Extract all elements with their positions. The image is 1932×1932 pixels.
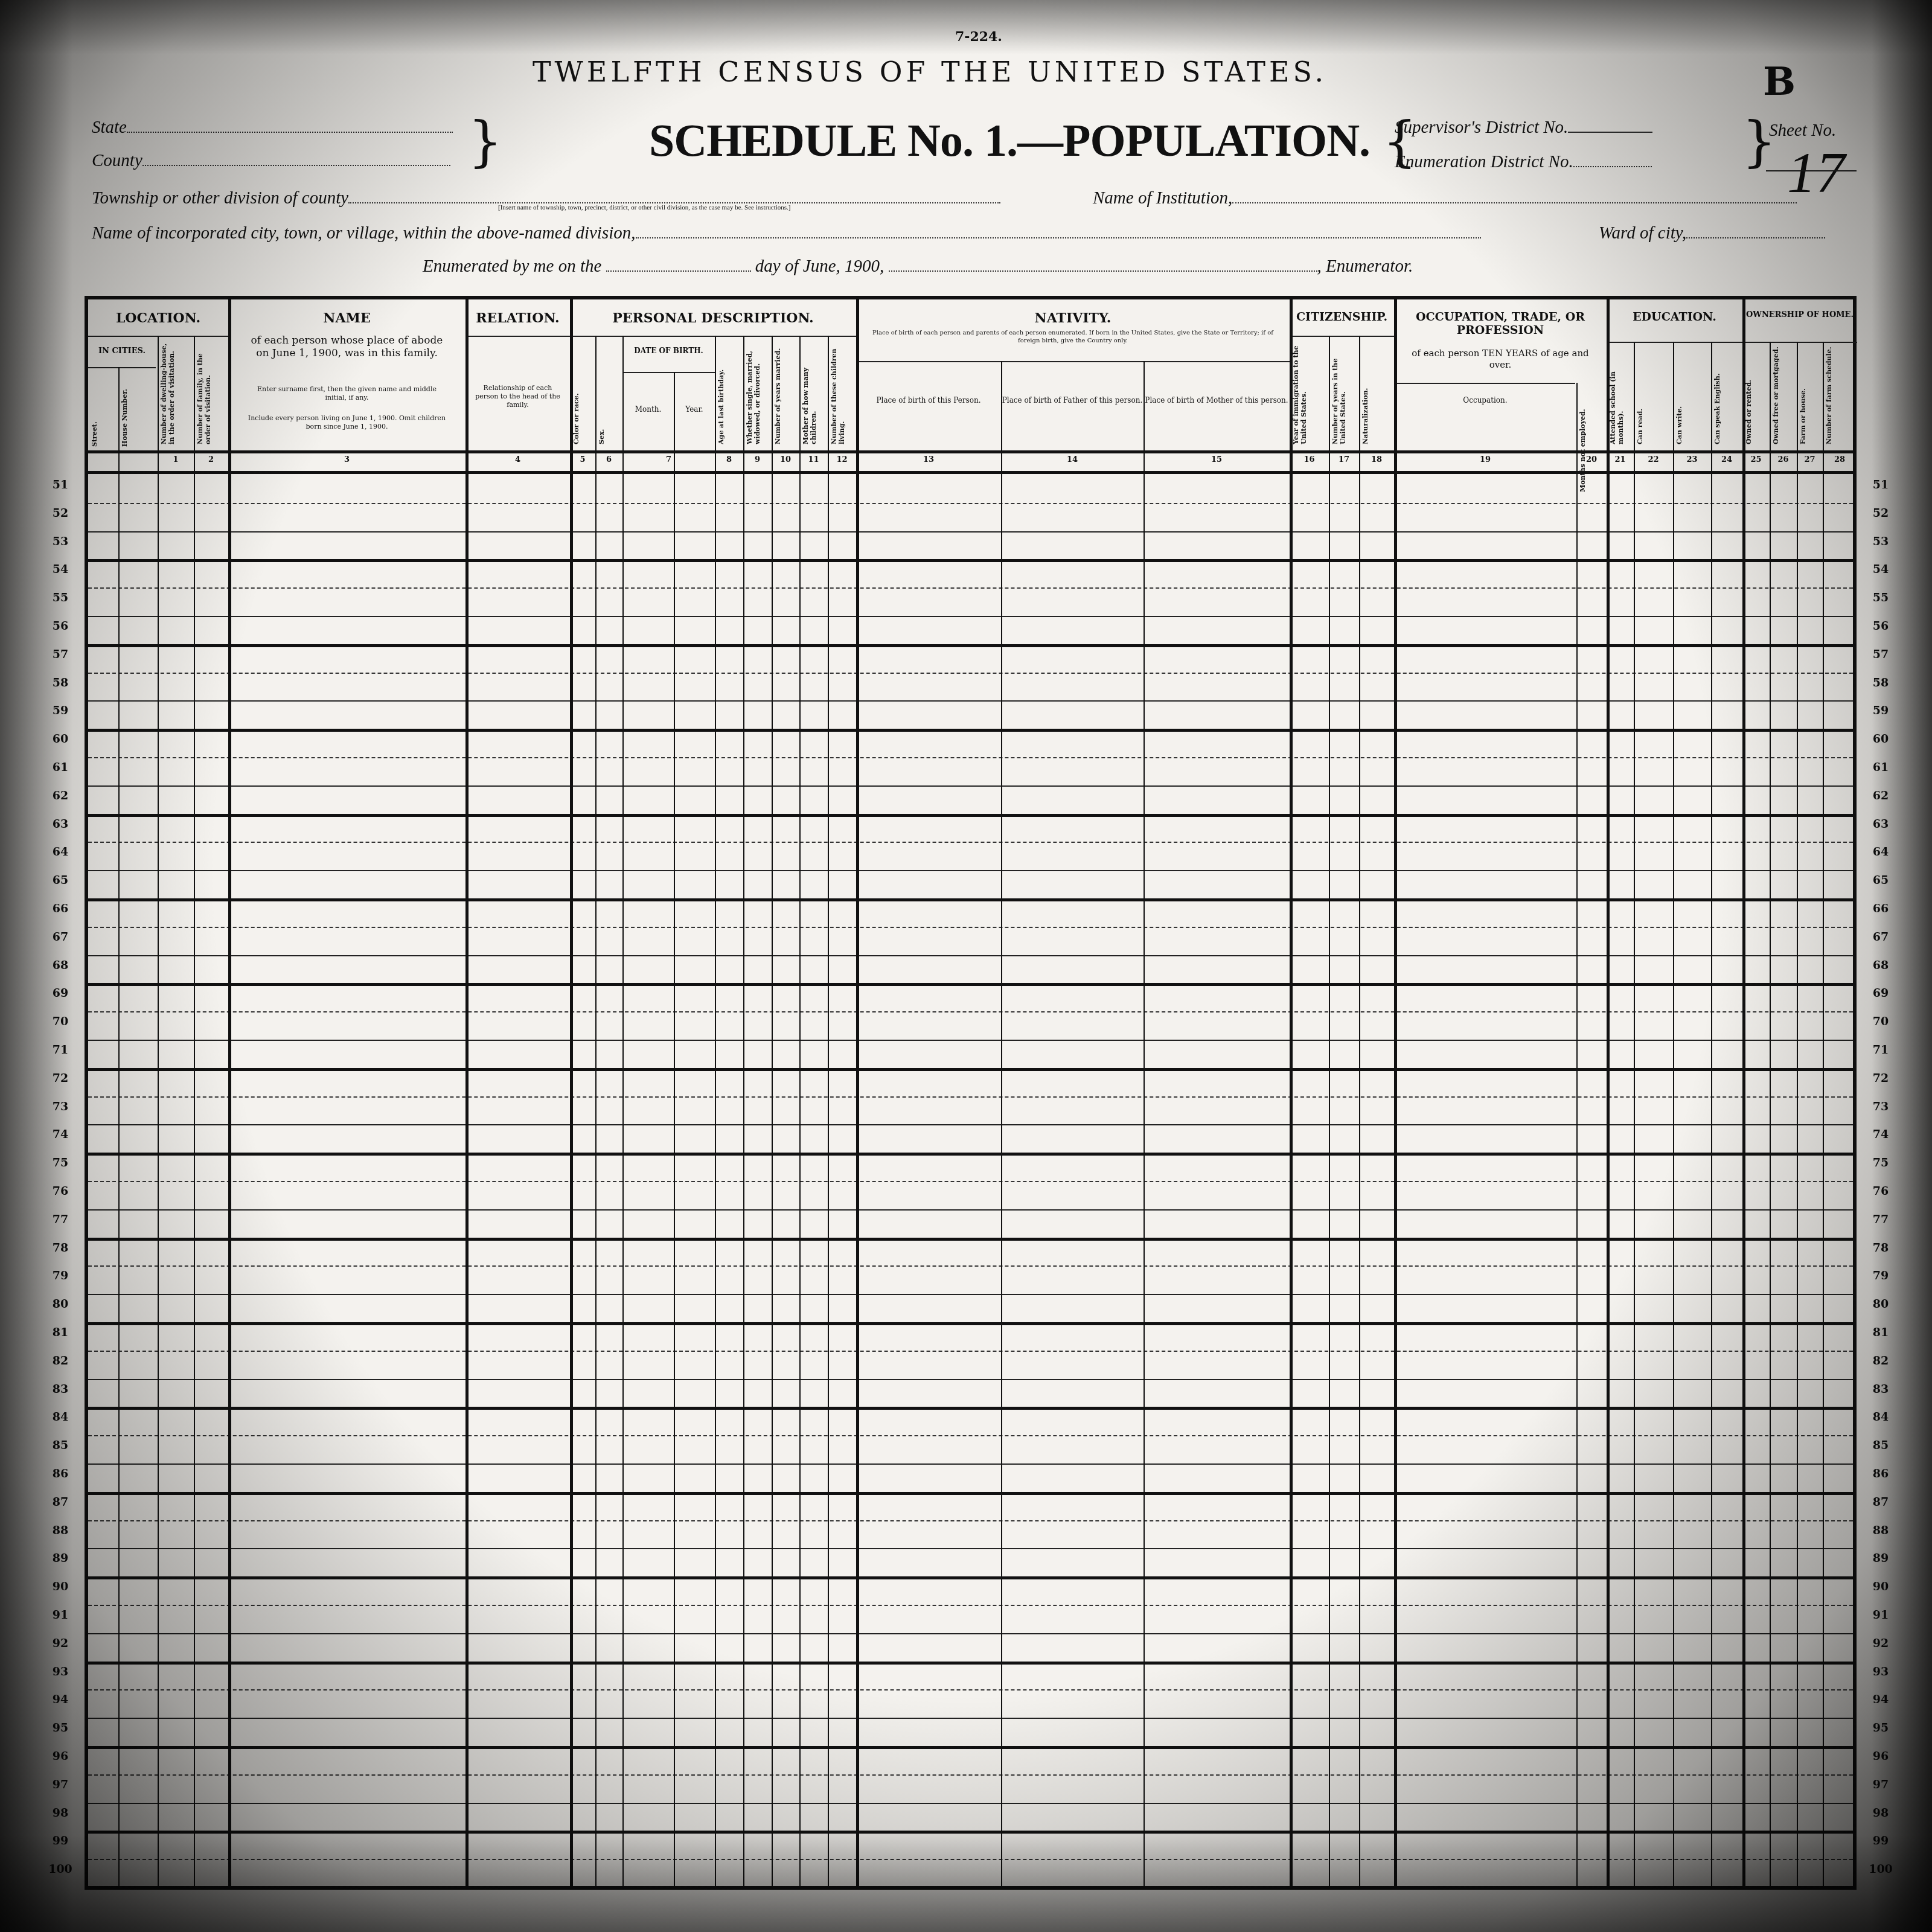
row-number-right: 69: [1863, 987, 1899, 1000]
row-number-right: 80: [1863, 1297, 1899, 1311]
schedule-letter: B: [1763, 59, 1796, 104]
row-number-right: 59: [1863, 704, 1899, 717]
row-number-left: 66: [42, 902, 78, 915]
column-header-28: Number of farm schedule.: [1825, 345, 1854, 444]
group-education: EDUCATION.: [1607, 310, 1742, 324]
column-number: 4: [465, 455, 570, 464]
column-number: 6: [595, 455, 622, 464]
census-heading: TWELFTH CENSUS OF THE UNITED STATES.: [0, 56, 1932, 88]
row-number-left: 55: [42, 591, 78, 604]
row-number-left: 86: [42, 1467, 78, 1480]
row-number-right: 86: [1863, 1467, 1899, 1480]
table-row[interactable]: [88, 616, 1853, 644]
column-number: 18: [1359, 455, 1394, 464]
column-header-12: Number of these children living.: [830, 339, 854, 444]
row-number-right: 78: [1863, 1241, 1899, 1255]
table-row[interactable]: [88, 785, 1853, 814]
form-number: 7-224.: [955, 29, 1002, 45]
row-number-left: 81: [42, 1326, 78, 1339]
row-number-right: 65: [1863, 874, 1899, 887]
row-number-left: 96: [42, 1750, 78, 1763]
row-number-left: 95: [42, 1721, 78, 1735]
column-divider: [1290, 299, 1293, 1886]
table-row[interactable]: [88, 1124, 1853, 1153]
name-instruction-2: Include every person living on June 1, 1…: [246, 414, 447, 431]
supervisors-district-field[interactable]: Supervisor's District No.: [1395, 118, 1652, 138]
row-number-right: 92: [1863, 1637, 1899, 1650]
row-number-right: 100: [1863, 1863, 1899, 1876]
enumerator-name-input[interactable]: [889, 270, 1317, 272]
column-divider: [715, 336, 716, 1886]
column-divider: [1797, 342, 1798, 1886]
row-number-right: 63: [1863, 817, 1899, 831]
row-number-right: 53: [1863, 535, 1899, 548]
column-header-24: Can speak English.: [1713, 345, 1740, 444]
city-label: Name of incorporated city, town, or vill…: [92, 223, 636, 243]
column-divider: [1823, 342, 1824, 1886]
column-divider: [1329, 336, 1330, 1886]
column-divider: [828, 336, 829, 1886]
row-number-right: 75: [1863, 1156, 1899, 1169]
column-number: 7: [622, 455, 715, 464]
row-number-right: 89: [1863, 1552, 1899, 1565]
column-header-25: Owned or rented.: [1745, 345, 1767, 444]
table-row[interactable]: [88, 898, 1853, 927]
name-description: of each person whose place of abode on J…: [246, 334, 447, 360]
column-divider: [1576, 383, 1578, 1886]
table-row[interactable]: [88, 729, 1853, 757]
column-number: 14: [1001, 455, 1144, 464]
state-label: State: [92, 118, 127, 137]
row-number-right: 68: [1863, 959, 1899, 972]
table-row[interactable]: [88, 673, 1853, 701]
row-number-right: 81: [1863, 1326, 1899, 1339]
table-row[interactable]: [88, 1407, 1853, 1435]
column-divider: [570, 299, 573, 1886]
column-divider: [1359, 336, 1360, 1886]
table-row[interactable]: [88, 1351, 1853, 1379]
row-number-right: 70: [1863, 1015, 1899, 1028]
row-number-right: 90: [1863, 1580, 1899, 1593]
row-number-left: 69: [42, 987, 78, 1000]
table-row[interactable]: [88, 1011, 1853, 1040]
row-number-left: 62: [42, 789, 78, 802]
row-number-left: 98: [42, 1806, 78, 1820]
row-number-left: 99: [42, 1834, 78, 1847]
column-divider: [1711, 342, 1712, 1886]
row-number-right: 77: [1863, 1213, 1899, 1226]
table-row[interactable]: [88, 1605, 1853, 1633]
enumeration-district-field[interactable]: Enumeration District No.: [1395, 152, 1652, 172]
group-name: NAME: [228, 310, 465, 326]
table-row[interactable]: [88, 757, 1853, 785]
group-relation: RELATION.: [465, 310, 570, 326]
row-number-left: 73: [42, 1100, 78, 1113]
row-number-right: 74: [1863, 1128, 1899, 1141]
row-number-left: 77: [42, 1213, 78, 1226]
table-row[interactable]: [88, 1689, 1853, 1718]
institution-label: Name of Institution,: [1093, 188, 1232, 208]
row-number-left: 93: [42, 1665, 78, 1678]
column-header-2: Number of family, in the order of visita…: [196, 339, 226, 444]
column-number: 25: [1742, 455, 1770, 464]
column-divider: [856, 299, 859, 1886]
column-header-22: Can read.: [1636, 345, 1671, 444]
row-number-left: 76: [42, 1185, 78, 1198]
table-row[interactable]: [88, 1209, 1853, 1238]
column-header-16: Year of immigration to the United States…: [1292, 339, 1326, 444]
row-number-right: 79: [1863, 1269, 1899, 1282]
column-number: 19: [1394, 455, 1576, 464]
group-ownership: OWNERSHIP OF HOME.: [1742, 310, 1857, 319]
column-divider: [1634, 342, 1635, 1886]
column-number: 2: [194, 455, 228, 464]
column-number: 12: [828, 455, 856, 464]
table-row[interactable]: [88, 1548, 1853, 1576]
column-divider: [772, 336, 773, 1886]
row-number-right: 99: [1863, 1834, 1899, 1847]
row-number-right: 56: [1863, 619, 1899, 633]
table-row[interactable]: [88, 1379, 1853, 1407]
row-number-left: 58: [42, 676, 78, 689]
brace-left: }: [468, 115, 502, 169]
table-row[interactable]: [88, 1520, 1853, 1549]
column-number: 20: [1576, 455, 1607, 464]
table-row[interactable]: [88, 1718, 1853, 1746]
county-field[interactable]: County: [92, 151, 450, 171]
row-number-left: 85: [42, 1439, 78, 1452]
row-number-right: 64: [1863, 845, 1899, 859]
column-header-5: Color or race.: [572, 339, 593, 444]
row-number-right: 73: [1863, 1100, 1899, 1113]
sheet-underline: [1766, 170, 1857, 171]
row-number-left: 79: [42, 1269, 78, 1282]
column-divider: [158, 336, 159, 1886]
table-row[interactable]: [88, 1040, 1853, 1068]
row-number-right: 97: [1863, 1778, 1899, 1791]
table-row[interactable]: [88, 1294, 1853, 1322]
table-row[interactable]: [88, 700, 1853, 729]
table-row[interactable]: [88, 1153, 1853, 1181]
table-row[interactable]: [88, 1803, 1853, 1831]
table-row[interactable]: [88, 1096, 1853, 1125]
table-row[interactable]: [88, 1463, 1853, 1492]
column-divider: [595, 336, 597, 1886]
institution-field[interactable]: Name of Institution,: [1093, 188, 1797, 208]
table-row[interactable]: [88, 644, 1853, 673]
row-number-right: 72: [1863, 1072, 1899, 1085]
township-label: Township or other division of county: [92, 188, 348, 208]
table-row[interactable]: [88, 1492, 1853, 1520]
table-row[interactable]: [88, 1322, 1853, 1351]
column-number: 11: [799, 455, 828, 464]
row-number-right: 85: [1863, 1439, 1899, 1452]
row-number-left: 87: [42, 1495, 78, 1509]
table-row[interactable]: [88, 842, 1853, 870]
row-number-left: 67: [42, 930, 78, 944]
table-row[interactable]: [88, 1576, 1853, 1605]
column-number: 21: [1607, 455, 1634, 464]
row-number-left: 57: [42, 648, 78, 661]
group-date-of-birth: DATE OF BIRTH.: [622, 347, 715, 355]
column-header-13: Place of birth of this Person.: [856, 396, 1001, 405]
column-header-26: Owned free or mortgaged.: [1772, 345, 1794, 444]
row-number-left: 52: [42, 507, 78, 520]
table-row[interactable]: [88, 1774, 1853, 1803]
column-header-17: Number of years in the United States.: [1331, 339, 1357, 444]
row-number-left: 72: [42, 1072, 78, 1085]
name-instruction-1: Enter surname first, then the given name…: [246, 385, 447, 402]
schedule-title: SCHEDULE No. 1.—POPULATION.: [649, 115, 1370, 167]
row-number-right: 95: [1863, 1721, 1899, 1735]
column-header-7: Month.: [622, 405, 674, 414]
column-header-9: Whether single, married, widowed, or div…: [746, 339, 769, 444]
row-number-left: 90: [42, 1580, 78, 1593]
row-number-right: 84: [1863, 1410, 1899, 1424]
enumerator-label: , Enumerator.: [1317, 257, 1413, 276]
row-number-right: 88: [1863, 1524, 1899, 1537]
enumerated-day-input[interactable]: [606, 270, 751, 272]
column-divider: [1742, 299, 1745, 1886]
column-number: 28: [1823, 455, 1857, 464]
row-number-right: 67: [1863, 930, 1899, 944]
table-row[interactable]: [88, 559, 1853, 587]
row-number-left: 89: [42, 1552, 78, 1565]
column-header-8: Age at last birthday.: [717, 339, 741, 444]
row-number-right: 94: [1863, 1693, 1899, 1706]
ward-label: Ward of city,: [1599, 223, 1686, 243]
column-number: 22: [1634, 455, 1673, 464]
row-number-left: 91: [42, 1608, 78, 1622]
enumeration-district-label: Enumeration District No.: [1395, 152, 1573, 171]
table-row[interactable]: [88, 1831, 1853, 1859]
column-header-x1: House Number.: [121, 371, 155, 447]
column-number: 26: [1770, 455, 1797, 464]
ward-field[interactable]: Ward of city,: [1599, 223, 1825, 243]
row-number-right: 66: [1863, 902, 1899, 915]
column-divider: [1770, 342, 1771, 1886]
column-header-11: Mother of how many children.: [802, 339, 825, 444]
row-number-left: 65: [42, 874, 78, 887]
row-number-left: 59: [42, 704, 78, 717]
table-row[interactable]: [88, 1633, 1853, 1662]
column-header-15: Place of birth of Mother of this person.: [1144, 396, 1290, 405]
enumerated-line[interactable]: Enumerated by me on the day of June, 190…: [423, 257, 1413, 277]
row-number-right: 82: [1863, 1354, 1899, 1367]
column-divider: [1144, 361, 1145, 1886]
column-number: 13: [856, 455, 1001, 464]
column-number: 8: [715, 455, 743, 464]
table-row[interactable]: [88, 1181, 1853, 1209]
row-number-left: 53: [42, 535, 78, 548]
table-row[interactable]: [88, 955, 1853, 984]
column-header-x0: Street.: [91, 371, 116, 447]
enumerated-prefix: Enumerated by me on the: [423, 257, 601, 276]
column-number: 24: [1711, 455, 1742, 464]
column-number: 27: [1797, 455, 1823, 464]
row-number-left: 56: [42, 619, 78, 633]
table-row[interactable]: [88, 870, 1853, 898]
row-number-right: 57: [1863, 648, 1899, 661]
column-number: 17: [1329, 455, 1359, 464]
column-number: 5: [570, 455, 595, 464]
table-row[interactable]: [88, 1265, 1853, 1294]
column-number: 9: [743, 455, 772, 464]
nativity-description: Place of birth of each person and parent…: [862, 330, 1284, 345]
row-number-left: 94: [42, 1693, 78, 1706]
row-number-right: 71: [1863, 1043, 1899, 1057]
row-number-right: 83: [1863, 1383, 1899, 1396]
county-label: County: [92, 151, 142, 170]
enumerated-suffix: day of June, 1900,: [755, 257, 884, 276]
row-number-left: 51: [42, 478, 78, 491]
row-number-right: 91: [1863, 1608, 1899, 1622]
row-number-right: 87: [1863, 1495, 1899, 1509]
column-divider: [228, 299, 231, 1886]
group-personal-description: PERSONAL DESCRIPTION.: [570, 310, 856, 326]
row-number-left: 61: [42, 761, 78, 774]
column-header-18: Naturalization.: [1361, 339, 1392, 444]
row-number-right: 55: [1863, 591, 1899, 604]
population-schedule-table: LOCATION. IN CITIES. NAME of each person…: [85, 296, 1857, 1890]
supervisors-district-label: Supervisor's District No.: [1395, 118, 1568, 137]
table-row[interactable]: [88, 1662, 1853, 1690]
group-citizenship: CITIZENSHIP.: [1290, 310, 1394, 324]
column-header-6: Sex.: [598, 339, 620, 444]
row-number-left: 100: [42, 1863, 78, 1876]
column-divider: [1394, 299, 1397, 1886]
row-number-right: 76: [1863, 1185, 1899, 1198]
column-divider: [118, 367, 120, 1886]
row-number-left: 63: [42, 817, 78, 831]
column-number: 10: [772, 455, 799, 464]
column-number: 3: [228, 455, 465, 464]
column-divider: [1001, 361, 1002, 1886]
column-divider: [1673, 342, 1674, 1886]
group-nativity: NATIVITY.: [856, 310, 1290, 326]
row-number-left: 83: [42, 1383, 78, 1396]
row-number-right: 98: [1863, 1806, 1899, 1820]
table-row[interactable]: [88, 475, 1853, 503]
column-header-23: Can write.: [1675, 345, 1709, 444]
row-number-left: 84: [42, 1410, 78, 1424]
row-number-left: 88: [42, 1524, 78, 1537]
row-number-left: 60: [42, 732, 78, 746]
row-number-right: 62: [1863, 789, 1899, 802]
township-note: [Insert name of township, town, precinct…: [498, 204, 791, 211]
row-number-right: 58: [1863, 676, 1899, 689]
row-number-right: 61: [1863, 761, 1899, 774]
row-number-right: 52: [1863, 507, 1899, 520]
table-row[interactable]: [88, 1238, 1853, 1266]
column-header-x9: Year.: [674, 405, 715, 414]
row-number-left: 78: [42, 1241, 78, 1255]
column-divider: [674, 372, 675, 1886]
row-number-right: 93: [1863, 1665, 1899, 1678]
group-occupation: OCCUPATION, TRADE, OR PROFESSION: [1394, 310, 1607, 337]
table-row[interactable]: [88, 1435, 1853, 1463]
relation-description: Relationship of each person to the head …: [472, 384, 564, 409]
row-number-left: 97: [42, 1778, 78, 1791]
table-row[interactable]: [88, 503, 1853, 531]
row-number-right: 54: [1863, 563, 1899, 576]
column-number: 16: [1290, 455, 1329, 464]
row-number-left: 82: [42, 1354, 78, 1367]
column-header-10: Number of years married.: [774, 339, 797, 444]
column-divider: [1607, 299, 1610, 1886]
column-header-19: Occupation.: [1394, 396, 1576, 405]
row-number-left: 80: [42, 1297, 78, 1311]
column-divider: [194, 336, 195, 1886]
column-number: 15: [1144, 455, 1290, 464]
table-row[interactable]: [88, 983, 1853, 1011]
group-location: LOCATION.: [88, 310, 228, 326]
table-row[interactable]: [88, 531, 1853, 560]
column-header-1: Number of dwelling-house, in the order o…: [160, 339, 191, 444]
table-row[interactable]: [88, 927, 1853, 955]
row-number-left: 74: [42, 1128, 78, 1141]
row-number-right: 96: [1863, 1750, 1899, 1763]
row-number-right: 60: [1863, 732, 1899, 746]
column-divider: [743, 336, 744, 1886]
group-in-cities: IN CITIES.: [88, 347, 156, 356]
occupation-description: of each person TEN YEARS of age and over…: [1400, 348, 1601, 371]
row-number-left: 92: [42, 1637, 78, 1650]
table-row[interactable]: [88, 587, 1853, 616]
row-number-left: 68: [42, 959, 78, 972]
column-divider: [622, 336, 624, 1886]
city-field[interactable]: Name of incorporated city, town, or vill…: [92, 223, 1481, 243]
row-number-left: 54: [42, 563, 78, 576]
row-number-left: 71: [42, 1043, 78, 1057]
row-number-left: 75: [42, 1156, 78, 1169]
row-number-left: 70: [42, 1015, 78, 1028]
column-divider: [799, 336, 801, 1886]
column-header-21: Attended school (in months).: [1609, 345, 1631, 444]
row-number-left: 64: [42, 845, 78, 859]
column-header-27: Farm or house.: [1799, 345, 1820, 444]
state-field[interactable]: State: [92, 118, 453, 138]
column-number: 23: [1673, 455, 1711, 464]
table-row[interactable]: [88, 1068, 1853, 1096]
table-row[interactable]: [88, 814, 1853, 842]
column-divider: [465, 299, 469, 1886]
table-row[interactable]: [88, 1746, 1853, 1774]
column-header-14: Place of birth of Father of this person.: [1001, 396, 1144, 405]
table-row[interactable]: [88, 1859, 1853, 1887]
row-number-right: 51: [1863, 478, 1899, 491]
column-number: 1: [158, 455, 194, 464]
sheet-label: Sheet No.: [1769, 121, 1836, 141]
